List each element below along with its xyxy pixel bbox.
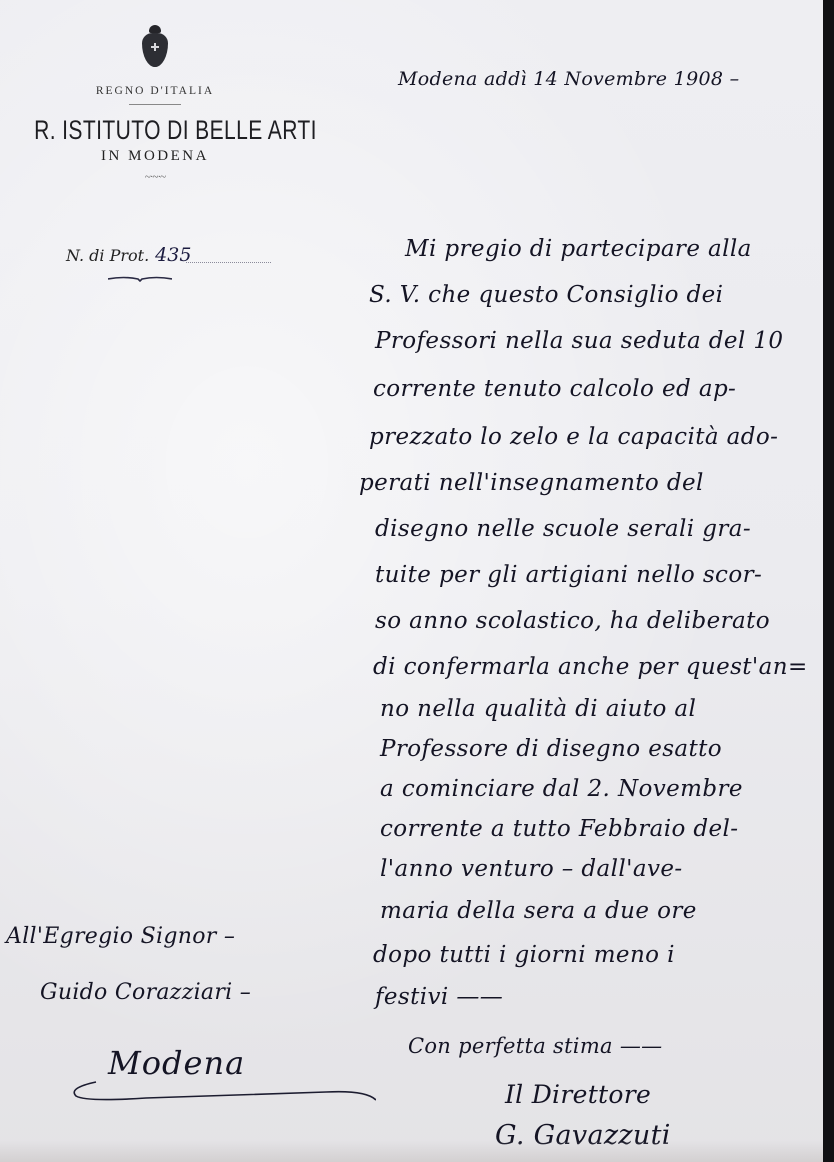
protocol-dotted-line (186, 262, 271, 263)
date-line: Modena addì 14 Novembre 1908 – (398, 68, 739, 90)
body-line: Mi pregio di partecipare alla (405, 236, 752, 262)
flourish-ornament-icon (108, 276, 172, 282)
divider (129, 104, 181, 105)
letterhead: REGNO D'ITALIA R. ISTITUTO DI BELLE ARTI… (0, 25, 310, 183)
body-line: no nella qualità di aiuto al (380, 696, 696, 722)
addressee-city: Modena (108, 1044, 245, 1082)
body-line: di confermarla anche per quest'an= (373, 654, 808, 680)
body-line: corrente a tutto Febbraio del- (380, 816, 738, 842)
body-line: S. V. che questo Consiglio dei (369, 282, 723, 308)
body-line: Professori nella sua seduta del 10 (375, 328, 783, 354)
body-line: l'anno venturo – dall'ave- (380, 856, 683, 882)
body-line: so anno scolastico, ha deliberato (375, 608, 770, 634)
body-line: a cominciare dal 2. Novembre (380, 776, 743, 802)
underline-flourish-icon (66, 1080, 376, 1102)
body-line: Professore di disegno esatto (380, 736, 722, 762)
institution-name: R. ISTITUTO DI BELLE ARTI (34, 115, 276, 146)
signature: G. Gavazzuti (495, 1120, 671, 1151)
letter-page: REGNO D'ITALIA R. ISTITUTO DI BELLE ARTI… (0, 0, 823, 1162)
coat-of-arms-icon (140, 25, 170, 69)
body-line: disegno nelle scuole serali gra- (375, 516, 751, 542)
body-line: maria della sera a due ore (380, 898, 697, 924)
scan-border (823, 0, 834, 1162)
body-line: corrente tenuto calcolo ed ap- (373, 376, 736, 402)
addressee-salutation: All'Egregio Signor – (6, 924, 235, 949)
body-line: tuite per gli artigiani nello scor- (375, 562, 762, 588)
body-line: prezzato lo zelo e la capacità ado- (369, 424, 778, 450)
body-line: festivi —— (375, 984, 503, 1010)
closing-salutation: Con perfetta stima —— (408, 1034, 662, 1058)
protocol-label: N. di Prot. (66, 246, 149, 265)
protocol-number-field: N. di Prot.435 (66, 244, 191, 266)
body-line: dopo tutti i giorni meno i (373, 942, 675, 968)
ornament-divider: ~·~·~ (0, 171, 310, 183)
addressee-name: Guido Corazziari – (40, 980, 251, 1005)
institution-city: IN MODENA (0, 148, 310, 165)
body-line: perati nell'insegnamento del (359, 470, 704, 496)
kingdom-heading: REGNO D'ITALIA (0, 85, 310, 97)
signatory-title: Il Direttore (505, 1080, 651, 1109)
